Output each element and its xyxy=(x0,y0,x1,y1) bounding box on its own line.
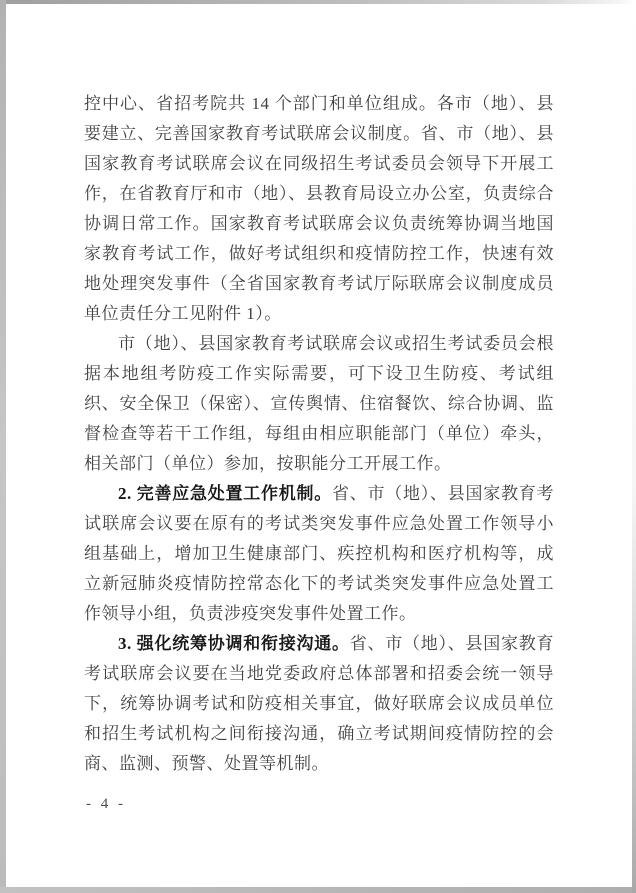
paragraph-text: 省、市（地）、县国家教育考试联席会议要在当地党委政府总体部署和招委会统一领导下，… xyxy=(84,634,554,773)
scan-edge-top xyxy=(0,0,636,4)
scan-edge-left xyxy=(0,0,6,893)
paragraph-text: 控中心、省招考院共 14 个部门和单位组成。各市（地）、县要建立、完善国家教育考… xyxy=(84,94,554,323)
paragraph: 控中心、省招考院共 14 个部门和单位组成。各市（地）、县要建立、完善国家教育考… xyxy=(84,89,554,329)
paragraph: 市（地）、县国家教育考试联席会议或招生考试委员会根据本地组考防疫工作实际需要，可… xyxy=(84,329,554,479)
scan-edge-bottom xyxy=(0,887,636,893)
paragraph: 2. 完善应急处置工作机制。省、市（地）、县国家教育考试联席会议要在原有的考试类… xyxy=(84,479,554,629)
document-body: 控中心、省招考院共 14 个部门和单位组成。各市（地）、县要建立、完善国家教育考… xyxy=(84,89,554,779)
paragraph-text: 市（地）、县国家教育考试联席会议或招生考试委员会根据本地组考防疫工作实际需要，可… xyxy=(84,334,554,473)
scan-edge-right xyxy=(632,0,636,893)
paragraph: 3. 强化统筹协调和衔接沟通。省、市（地）、县国家教育考试联席会议要在当地党委政… xyxy=(84,629,554,779)
paragraph-text: 省、市（地）、县国家教育考试联席会议要在原有的考试类突发事件应急处置工作领导小组… xyxy=(84,484,554,623)
document-page: 控中心、省招考院共 14 个部门和单位组成。各市（地）、县要建立、完善国家教育考… xyxy=(0,0,636,893)
page-number: - 4 - xyxy=(86,796,126,813)
paragraph-lead-bold: 2. 完善应急处置工作机制。 xyxy=(118,484,332,503)
paragraph-lead-bold: 3. 强化统筹协调和衔接沟通。 xyxy=(118,634,350,653)
